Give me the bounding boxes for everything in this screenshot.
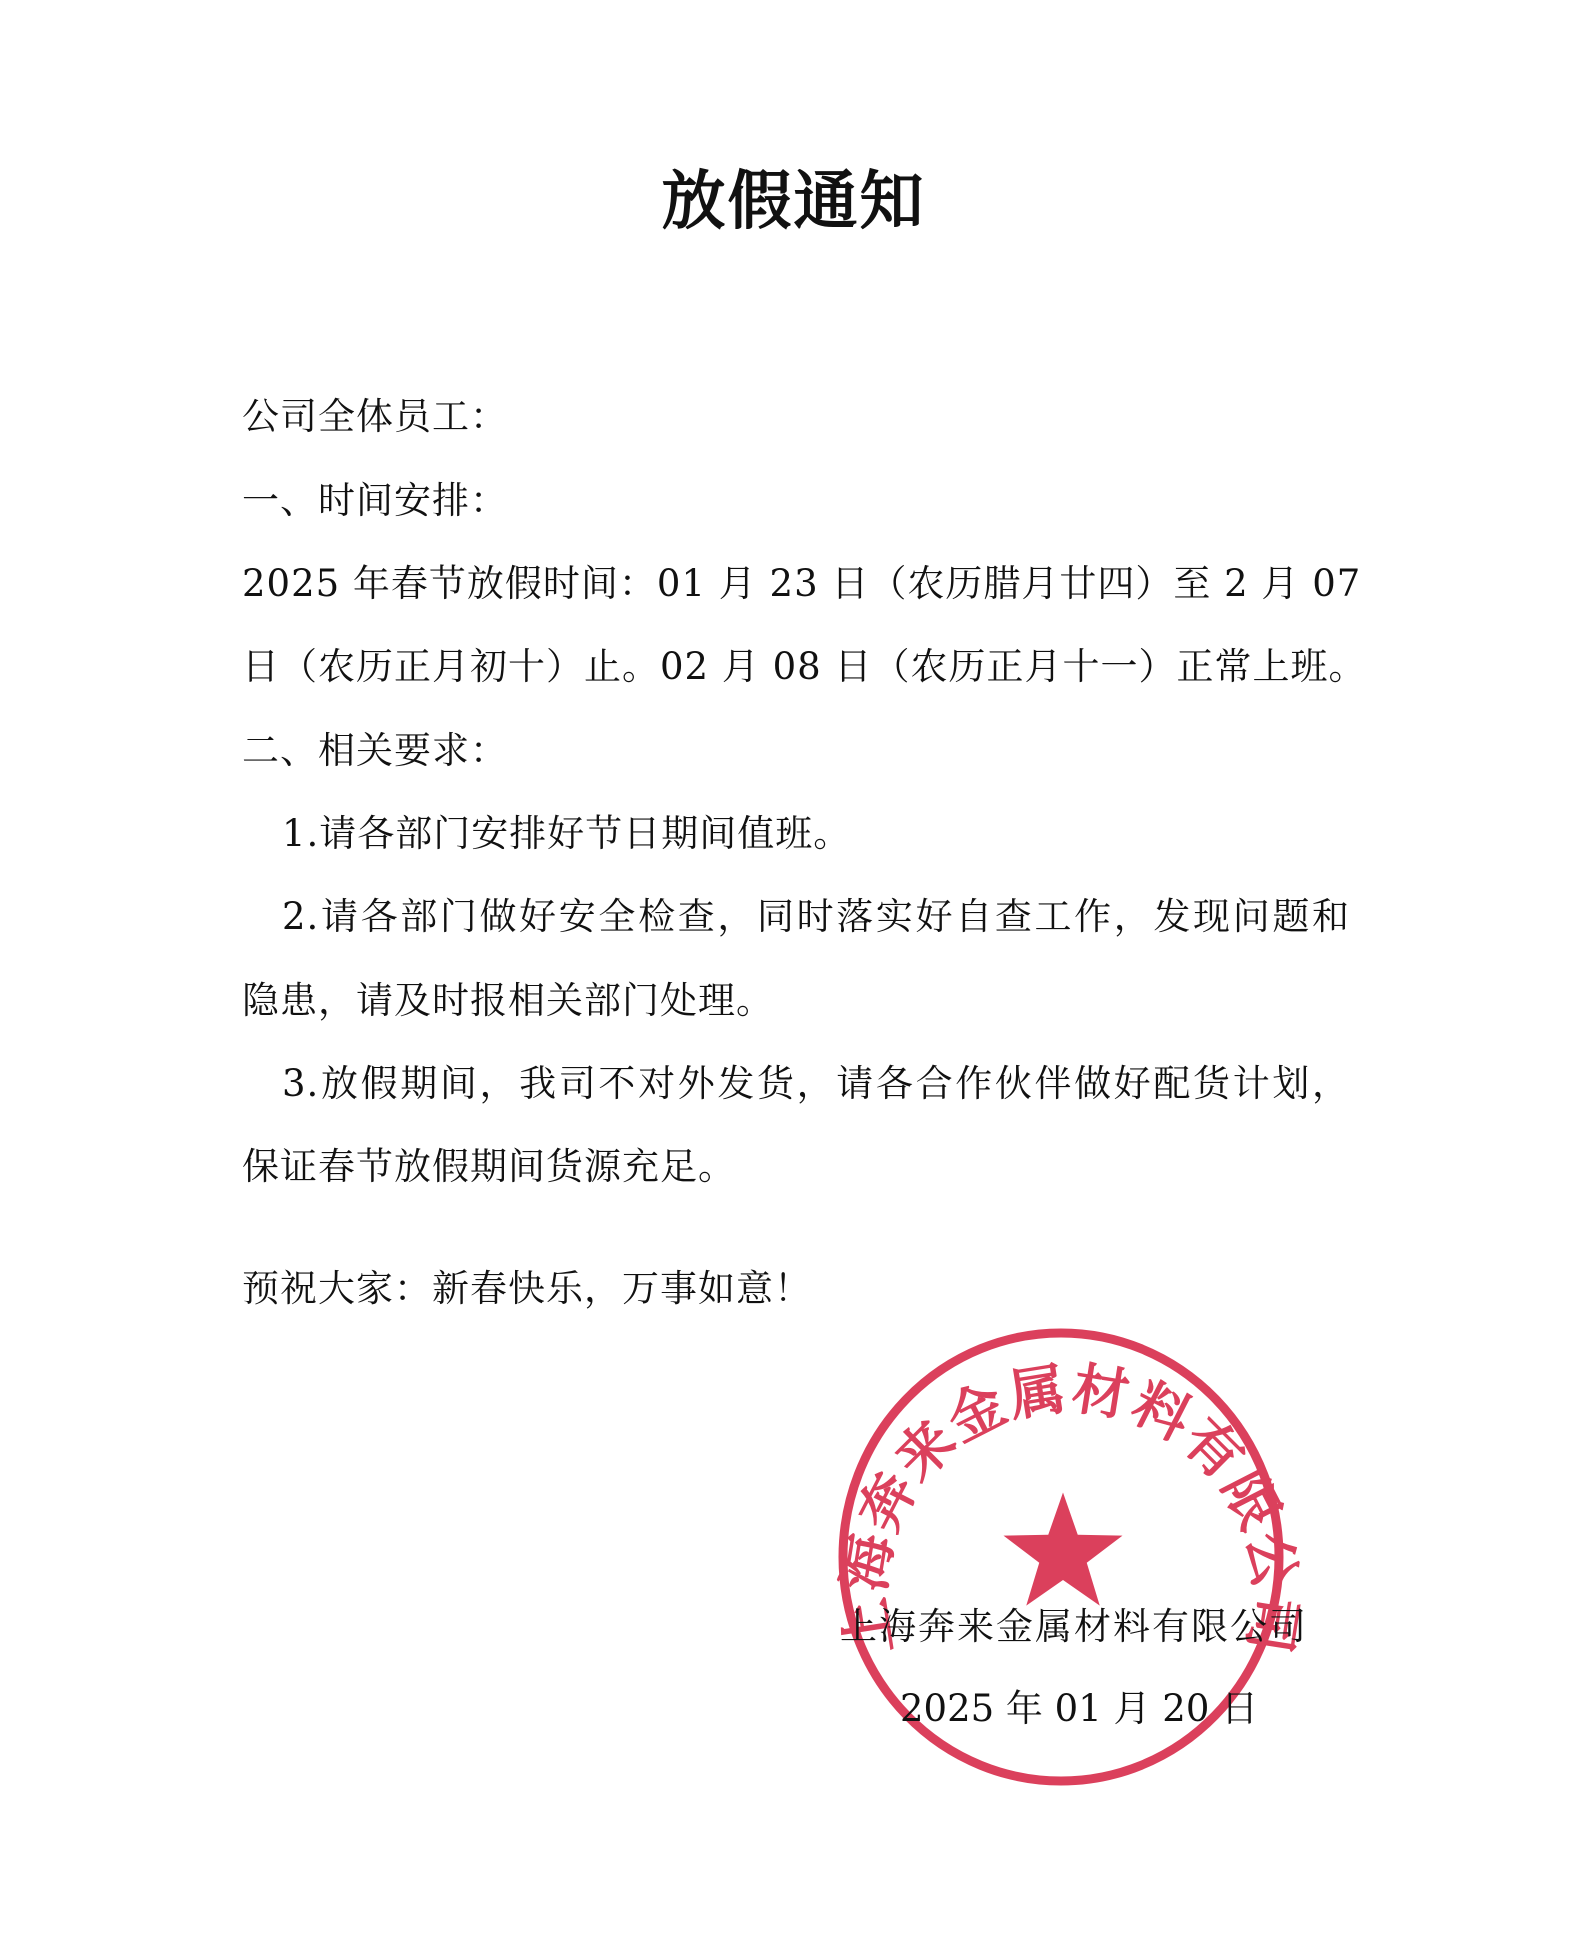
requirement-2-line-1: 2.请各部门做好安全检查，同时落实好自查工作，发现问题和 <box>282 886 1350 940</box>
page-title: 放假通知 <box>0 150 1587 242</box>
section-1-line-1: 2025 年春节放假时间：01 月 23 日（农历腊月廿四）至 2 月 07 <box>242 553 1350 607</box>
closing-greeting: 预祝大家：新春快乐，万事如意！ <box>242 1258 812 1312</box>
requirement-2-line-2: 隐患，请及时报相关部门处理。 <box>242 970 774 1024</box>
star-icon <box>1004 1493 1123 1606</box>
signature-company: 上海奔来金属材料有限公司 <box>840 1596 1308 1650</box>
requirement-3-line-1: 3.放假期间，我司不对外发货，请各合作伙伴做好配货计划， <box>282 1053 1350 1107</box>
section-1-heading: 一、时间安排： <box>242 470 508 524</box>
requirement-1: 1.请各部门安排好节日期间值班。 <box>282 803 851 857</box>
section-2-heading: 二、相关要求： <box>242 720 508 774</box>
salutation: 公司全体员工： <box>242 386 508 440</box>
signature-date: 2025 年 01 月 20 日 <box>900 1678 1258 1732</box>
requirement-3-line-2: 保证春节放假期间货源充足。 <box>242 1136 736 1190</box>
company-seal: 上海奔来金属材料有限公司 <box>820 1310 1320 1810</box>
section-1-line-2: 日（农历正月初十）止。02 月 08 日（农历正月十一）正常上班。 <box>242 636 1350 690</box>
